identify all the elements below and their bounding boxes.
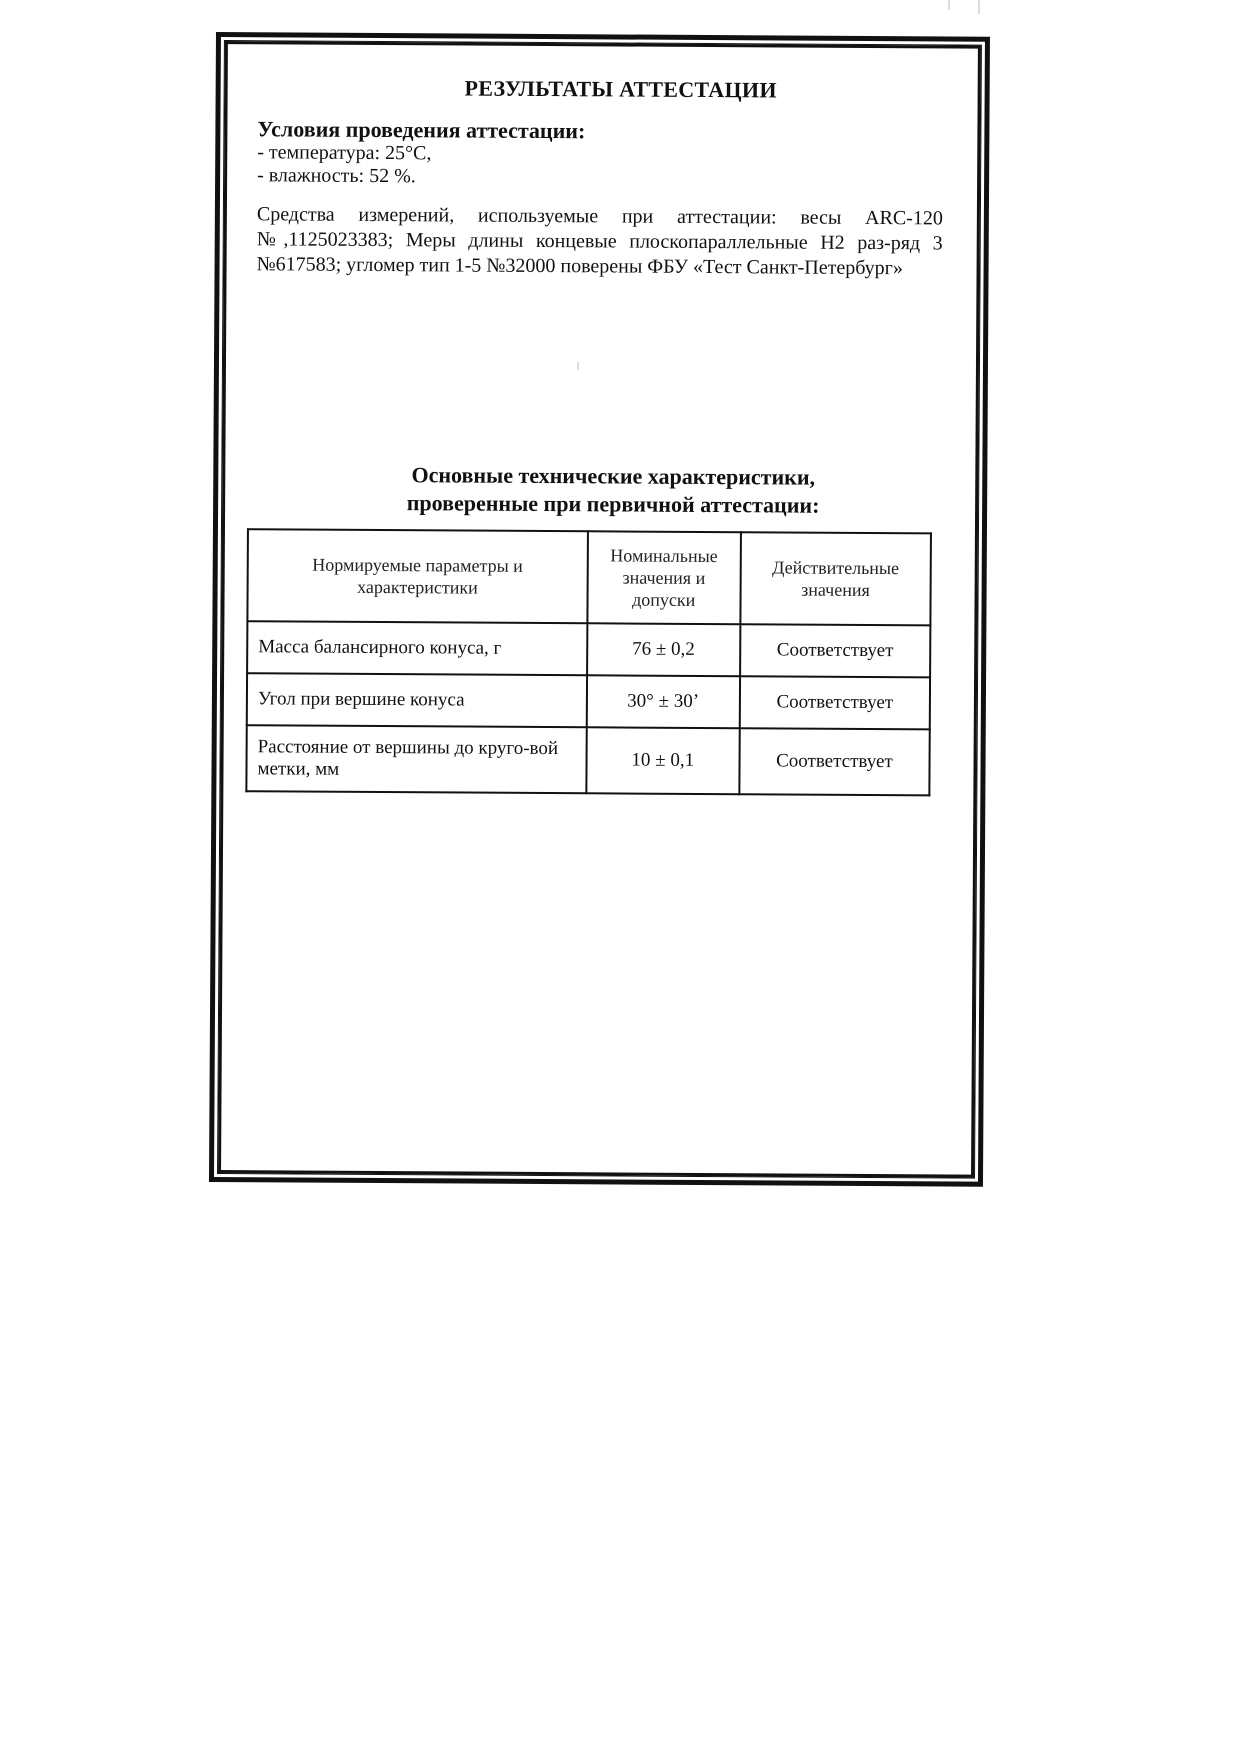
cell-nominal: 10 ± 0,1 <box>586 727 739 794</box>
cell-parameter: Масса балансирного конуса, г <box>247 621 587 675</box>
cell-nominal: 76 ± 0,2 <box>587 623 740 676</box>
cell-actual: Соответствует <box>740 624 931 677</box>
document-content: РЕЗУЛЬТАТЫ АТТЕСТАЦИИ Условия проведения… <box>253 74 943 796</box>
header-nominal: Номинальные значения и допуски <box>587 531 741 624</box>
cell-parameter: Угол при вершине конуса <box>247 673 587 727</box>
table-row: Расстояние от вершины до круго-вой метки… <box>246 725 929 795</box>
table-row: Угол при вершине конуса 30° ± 30’ Соотве… <box>247 673 930 729</box>
section-title-line-1: Основные технические характеристики, <box>285 460 941 492</box>
cell-actual: Соответствует <box>739 728 930 795</box>
table-row: Масса балансирного конуса, г 76 ± 0,2 Со… <box>247 621 930 677</box>
instruments-paragraph: Средства измерений, используемые при атт… <box>257 202 943 281</box>
page-frame: РЕЗУЛЬТАТЫ АТТЕСТАЦИИ Условия проведения… <box>209 32 990 1187</box>
condition-humidity: - влажность: 52 %. <box>257 164 943 191</box>
cell-parameter: Расстояние от вершины до круго-вой метки… <box>246 725 586 793</box>
scan-artifact <box>577 362 579 370</box>
section-title-line-2: проверенные при первичной аттестации: <box>285 488 941 520</box>
document-title: РЕЗУЛЬТАТЫ АТТЕСТАЦИИ <box>258 74 944 104</box>
section-title: Основные технические характеристики, про… <box>255 460 941 520</box>
scan-artifact <box>978 0 980 14</box>
scan-artifact <box>948 0 950 10</box>
header-actual: Действительные значения <box>740 532 931 625</box>
characteristics-table: Нормируемые параметры и характеристики Н… <box>245 528 932 796</box>
cell-actual: Соответствует <box>740 676 931 729</box>
cell-nominal: 30° ± 30’ <box>586 675 739 728</box>
frame-inner-line: РЕЗУЛЬТАТЫ АТТЕСТАЦИИ Условия проведения… <box>218 41 981 1178</box>
table-header-row: Нормируемые параметры и характеристики Н… <box>247 529 931 625</box>
header-parameters: Нормируемые параметры и характеристики <box>247 529 587 623</box>
